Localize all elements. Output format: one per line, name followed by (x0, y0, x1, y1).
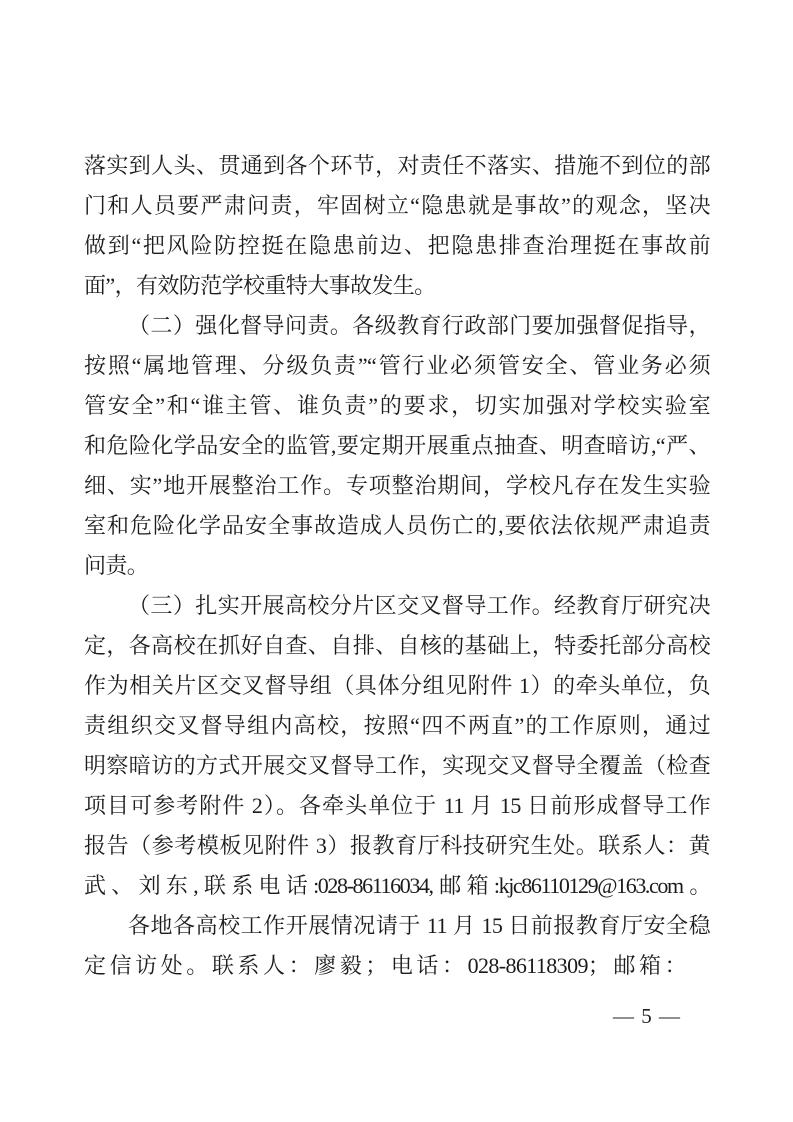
document-line: （二）强化督导问责。各级教育行政部门要加强督促指导， (84, 306, 710, 346)
document-line: 做到“把风险防控挺在隐患前边、把隐患排查治理挺在事故前 (84, 226, 710, 266)
paragraph-section-2: （二）强化督导问责。各级教育行政部门要加强督促指导， 按照“属地管理、分级负责”… (84, 306, 710, 586)
document-line: 项目可参考附件 2）。各牵头单位于 11 月 15 日前形成督导工作 (84, 786, 710, 826)
document-line: 门和人员要严肃问责，牢固树立“隐患就是事故”的观念，坚决 (84, 186, 710, 226)
page-number: — 5 — (613, 1001, 681, 1031)
document-line: 定，各高校在抓好自查、自排、自核的基础上，特委托部分高校 (84, 626, 710, 666)
document-line-contact: 定信访处。联系人：廖毅；电话：028-86118309；邮箱： (84, 946, 710, 986)
document-line-contact-email: 武、刘东,联系电话:028-86116034,邮箱:kjc86110129@16… (84, 866, 710, 906)
document-line: 细、实”地开展整治工作。专项整治期间，学校凡存在发生实验 (84, 466, 710, 506)
document-line: 室和危险化学品安全事故造成人员伤亡的,要依法依规严肃追责 (84, 506, 710, 546)
document-line: 报告（参考模板见附件 3）报教育厅科技研究生处。联系人：黄 (84, 826, 710, 866)
document-line: （三）扎实开展高校分片区交叉督导工作。经教育厅研究决 (84, 586, 710, 626)
document-line: 落实到人头、贯通到各个环节，对责任不落实、措施不到位的部 (84, 146, 710, 186)
paragraph-continuation: 落实到人头、贯通到各个环节，对责任不落实、措施不到位的部 门和人员要严肃问责，牢… (84, 146, 710, 306)
document-line: 问责。 (84, 546, 710, 586)
document-line: 责组织交叉督导组内高校，按照“四不两直”的工作原则，通过 (84, 706, 710, 746)
document-line: 面”，有效防范学校重特大事故发生。 (84, 266, 710, 306)
document-page: 落实到人头、贯通到各个环节，对责任不落实、措施不到位的部 门和人员要严肃问责，牢… (0, 0, 793, 1122)
document-line: 各地各高校工作开展情况请于 11 月 15 日前报教育厅安全稳 (84, 906, 710, 946)
paragraph-section-3: （三）扎实开展高校分片区交叉督导工作。经教育厅研究决 定，各高校在抓好自查、自排… (84, 586, 710, 906)
document-line: 作为相关片区交叉督导组（具体分组见附件 1）的牵头单位，负 (84, 666, 710, 706)
document-line: 管安全”和“谁主管、谁负责”的要求，切实加强对学校实验室 (84, 386, 710, 426)
paragraph-section-4: 各地各高校工作开展情况请于 11 月 15 日前报教育厅安全稳 定信访处。联系人… (84, 906, 710, 986)
document-body: 落实到人头、贯通到各个环节，对责任不落实、措施不到位的部 门和人员要严肃问责，牢… (84, 146, 710, 986)
document-line: 按照“属地管理、分级负责”“管行业必须管安全、管业务必须 (84, 346, 710, 386)
document-line: 明察暗访的方式开展交叉督导工作，实现交叉督导全覆盖（检查 (84, 746, 710, 786)
document-line: 和危险化学品安全的监管,要定期开展重点抽查、明查暗访,“严、 (84, 426, 710, 466)
